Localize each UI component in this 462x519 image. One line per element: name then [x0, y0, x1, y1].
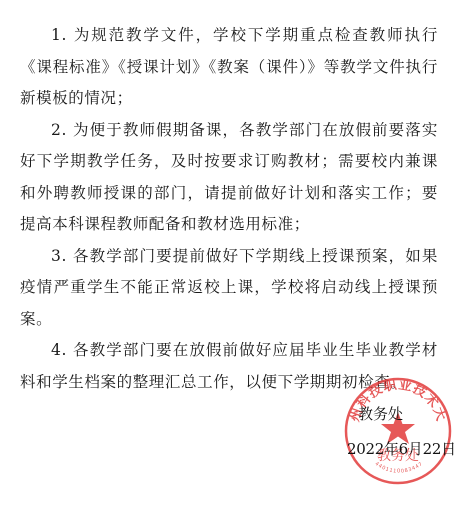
- paragraph-3: 3. 各教学部门要提前做好下学期线上授课预案，如果疫情严重学生不能正常返校上课，…: [20, 241, 438, 336]
- paragraph-2: 2. 为便于教师假期备课，各教学部门在放假前要落实好下学期教学任务，及时按要求订…: [20, 115, 438, 241]
- document-body: 1. 为规范教学文件，学校下学期重点检查教师执行《课程标准》《授课计划》《教案（…: [20, 20, 438, 398]
- paragraph-1: 1. 为规范教学文件，学校下学期重点检查教师执行《课程标准》《授课计划》《教案（…: [20, 20, 438, 115]
- signature-date: 2022年6月22日: [347, 439, 456, 459]
- official-seal-icon: 州科技职业技术大 教务处 4401110083447: [343, 376, 453, 486]
- signature-department: 教务处: [358, 404, 403, 424]
